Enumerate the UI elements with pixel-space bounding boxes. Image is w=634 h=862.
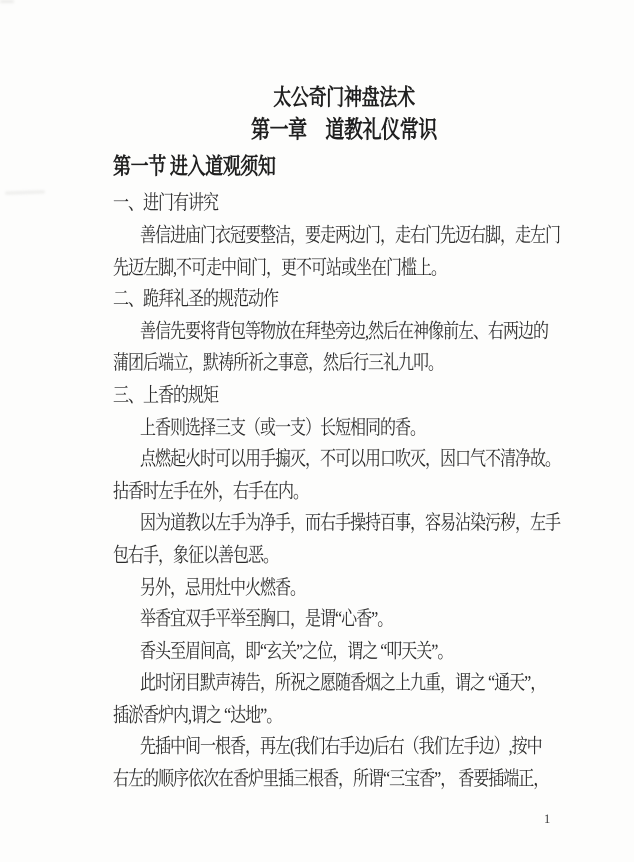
section-heading: 第一节 进入道观须知 xyxy=(113,151,575,183)
body-line: 上香则选择三支（或一支）长短相同的香。 xyxy=(113,412,575,444)
body-line: 举香宜双手平举至胸口，是谓“心香”。 xyxy=(113,604,575,636)
body-line: 右左的顺序依次在香炉里插三根香，所谓“三宝香”， 香要插端正， xyxy=(113,764,575,796)
list-item-heading: 一、进门有讲究 xyxy=(113,188,575,220)
body-line: 善信进庙门衣冠要整洁，要走两边门，走右门先迈右脚，走左门 xyxy=(113,220,575,252)
list-item-heading: 三、上香的规矩 xyxy=(113,380,575,412)
body-line: 先插中间一根香，再左(我们右手边)后右（我们左手边）,按中 xyxy=(113,732,575,764)
scan-artifact xyxy=(5,190,45,194)
page-content: 太公奇门神盘法术 第一章 道教礼仪常识 第一节 进入道观须知 一、进门有讲究 善… xyxy=(113,0,575,796)
list-item-heading: 二、跪拜礼圣的规范动作 xyxy=(113,284,575,316)
scanned-document-page: 太公奇门神盘法术 第一章 道教礼仪常识 第一节 进入道观须知 一、进门有讲究 善… xyxy=(0,0,634,862)
body-line: 先迈左脚,不可走中间门，更不可站或坐在门槛上。 xyxy=(113,252,575,284)
chapter-heading: 第一章 道教礼仪常识 xyxy=(113,114,575,146)
body-line: 插淤香炉内,谓之 “达地”。 xyxy=(113,700,575,732)
body-line: 另外，忌用灶中火燃香。 xyxy=(113,572,575,604)
body-line: 点燃起火时可以用手搧灭，不可以用口吹灭，因口气不清净故。 xyxy=(113,444,575,476)
page-number: 1 xyxy=(544,812,550,827)
body-line: 香头至眉间高，即“玄关”之位，谓之 “叩天关”。 xyxy=(113,636,575,668)
scan-artifact xyxy=(0,0,14,3)
body-line: 因为道教以左手为净手，而右手操持百事，容易沾染污秽，左手 xyxy=(113,508,575,540)
body-line: 蒲团后端立，默祷所祈之事意，然后行三礼九叩。 xyxy=(113,348,575,380)
body-line: 此时闭目默声祷告，所祝之愿随香烟之上九重，谓之 “通天”， xyxy=(113,668,575,700)
document-title: 太公奇门神盘法术 xyxy=(113,83,575,115)
body-line: 包右手，象征以善包恶。 xyxy=(113,540,575,572)
body-line: 善信先要将背包等物放在拜垫旁边,然后在神像前左、右两边的 xyxy=(113,316,575,348)
body-line: 拈香时左手在外，右手在内。 xyxy=(113,476,575,508)
